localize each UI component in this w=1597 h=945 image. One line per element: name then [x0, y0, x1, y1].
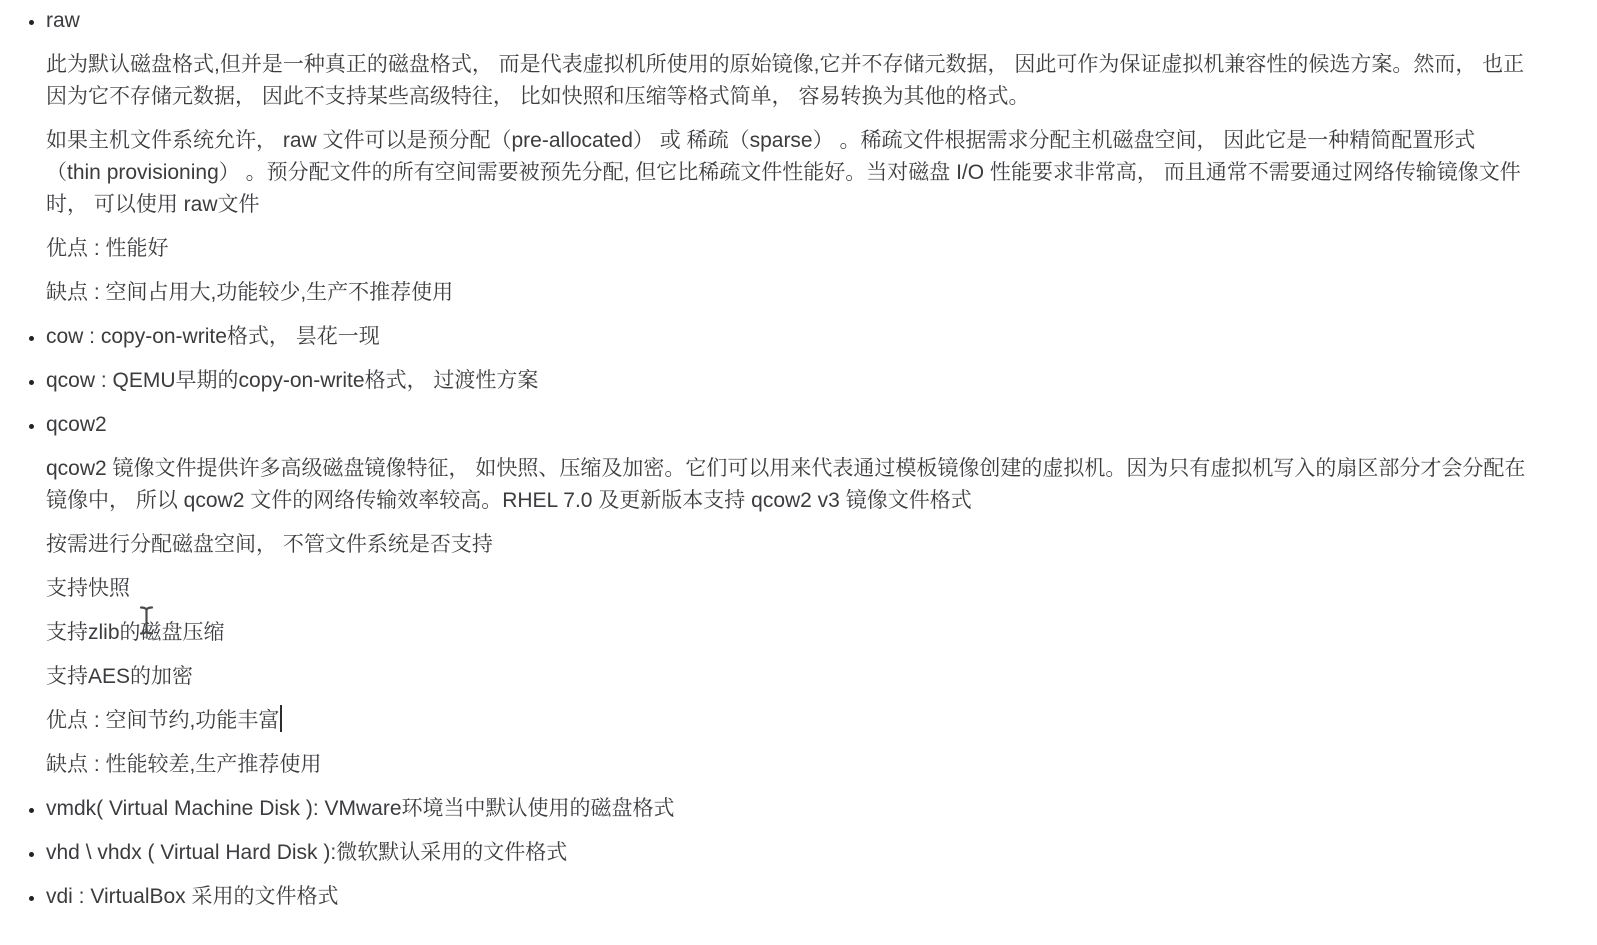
raw-description-paragraph-2[interactable]: 如果主机文件系统允许， raw 文件可以是预分配（pre-allocated） … — [46, 125, 1535, 221]
raw-description-paragraph-1[interactable]: 此为默认磁盘格式,但并是一种真正的磁盘格式， 而是代表虚拟机所使用的原始镜像,它… — [46, 49, 1535, 113]
qcow2-feature-zlib[interactable]: 支持zlib的磁盘压缩 — [46, 617, 1535, 649]
qcow2-pros-text[interactable]: 优点 : 空间节约,功能丰富 — [46, 709, 279, 732]
document-content: raw 此为默认磁盘格式,但并是一种真正的磁盘格式， 而是代表虚拟机所使用的原始… — [0, 0, 1597, 945]
text-caret — [280, 705, 282, 732]
list-item-qcow2[interactable]: qcow2 qcow2 镜像文件提供许多高级磁盘镜像特征， 如快照、压缩及加密。… — [46, 409, 1535, 781]
format-name-vdi[interactable]: vdi : VirtualBox 采用的文件格式 — [46, 881, 1535, 913]
format-name-qcow2[interactable]: qcow2 — [46, 409, 1535, 441]
qcow2-feature-allocation[interactable]: 按需进行分配磁盘空间， 不管文件系统是否支持 — [46, 529, 1535, 561]
raw-pros-line[interactable]: 优点 : 性能好 — [46, 233, 1535, 265]
list-item-cow[interactable]: cow : copy-on-write格式， 昙花一现 — [46, 321, 1535, 353]
qcow2-pros-line[interactable]: 优点 : 空间节约,功能丰富 — [46, 705, 1535, 737]
format-name-cow[interactable]: cow : copy-on-write格式， 昙花一现 — [46, 321, 1535, 353]
list-item-vdi[interactable]: vdi : VirtualBox 采用的文件格式 — [46, 881, 1535, 913]
qcow2-description-paragraph[interactable]: qcow2 镜像文件提供许多高级磁盘镜像特征， 如快照、压缩及加密。它们可以用来… — [46, 453, 1535, 517]
format-name-vmdk[interactable]: vmdk( Virtual Machine Disk ): VMware环境当中… — [46, 793, 1535, 825]
qcow2-cons-line[interactable]: 缺点 : 性能较差,生产推荐使用 — [46, 749, 1535, 781]
list-item-vhd[interactable]: vhd \ vhdx ( Virtual Hard Disk ):微软默认采用的… — [46, 837, 1535, 869]
disk-format-list: raw 此为默认磁盘格式,但并是一种真正的磁盘格式， 而是代表虚拟机所使用的原始… — [0, 5, 1597, 913]
list-item-raw[interactable]: raw 此为默认磁盘格式,但并是一种真正的磁盘格式， 而是代表虚拟机所使用的原始… — [46, 5, 1535, 309]
raw-cons-line[interactable]: 缺点 : 空间占用大,功能较少,生产不推荐使用 — [46, 277, 1535, 309]
format-name-qcow[interactable]: qcow : QEMU早期的copy-on-write格式， 过渡性方案 — [46, 365, 1535, 397]
qcow2-feature-snapshot[interactable]: 支持快照 — [46, 573, 1535, 605]
qcow2-feature-aes[interactable]: 支持AES的加密 — [46, 661, 1535, 693]
format-name-vhd[interactable]: vhd \ vhdx ( Virtual Hard Disk ):微软默认采用的… — [46, 837, 1535, 869]
list-item-vmdk[interactable]: vmdk( Virtual Machine Disk ): VMware环境当中… — [46, 793, 1535, 825]
format-name-raw[interactable]: raw — [46, 5, 1535, 37]
list-item-qcow[interactable]: qcow : QEMU早期的copy-on-write格式， 过渡性方案 — [46, 365, 1535, 397]
